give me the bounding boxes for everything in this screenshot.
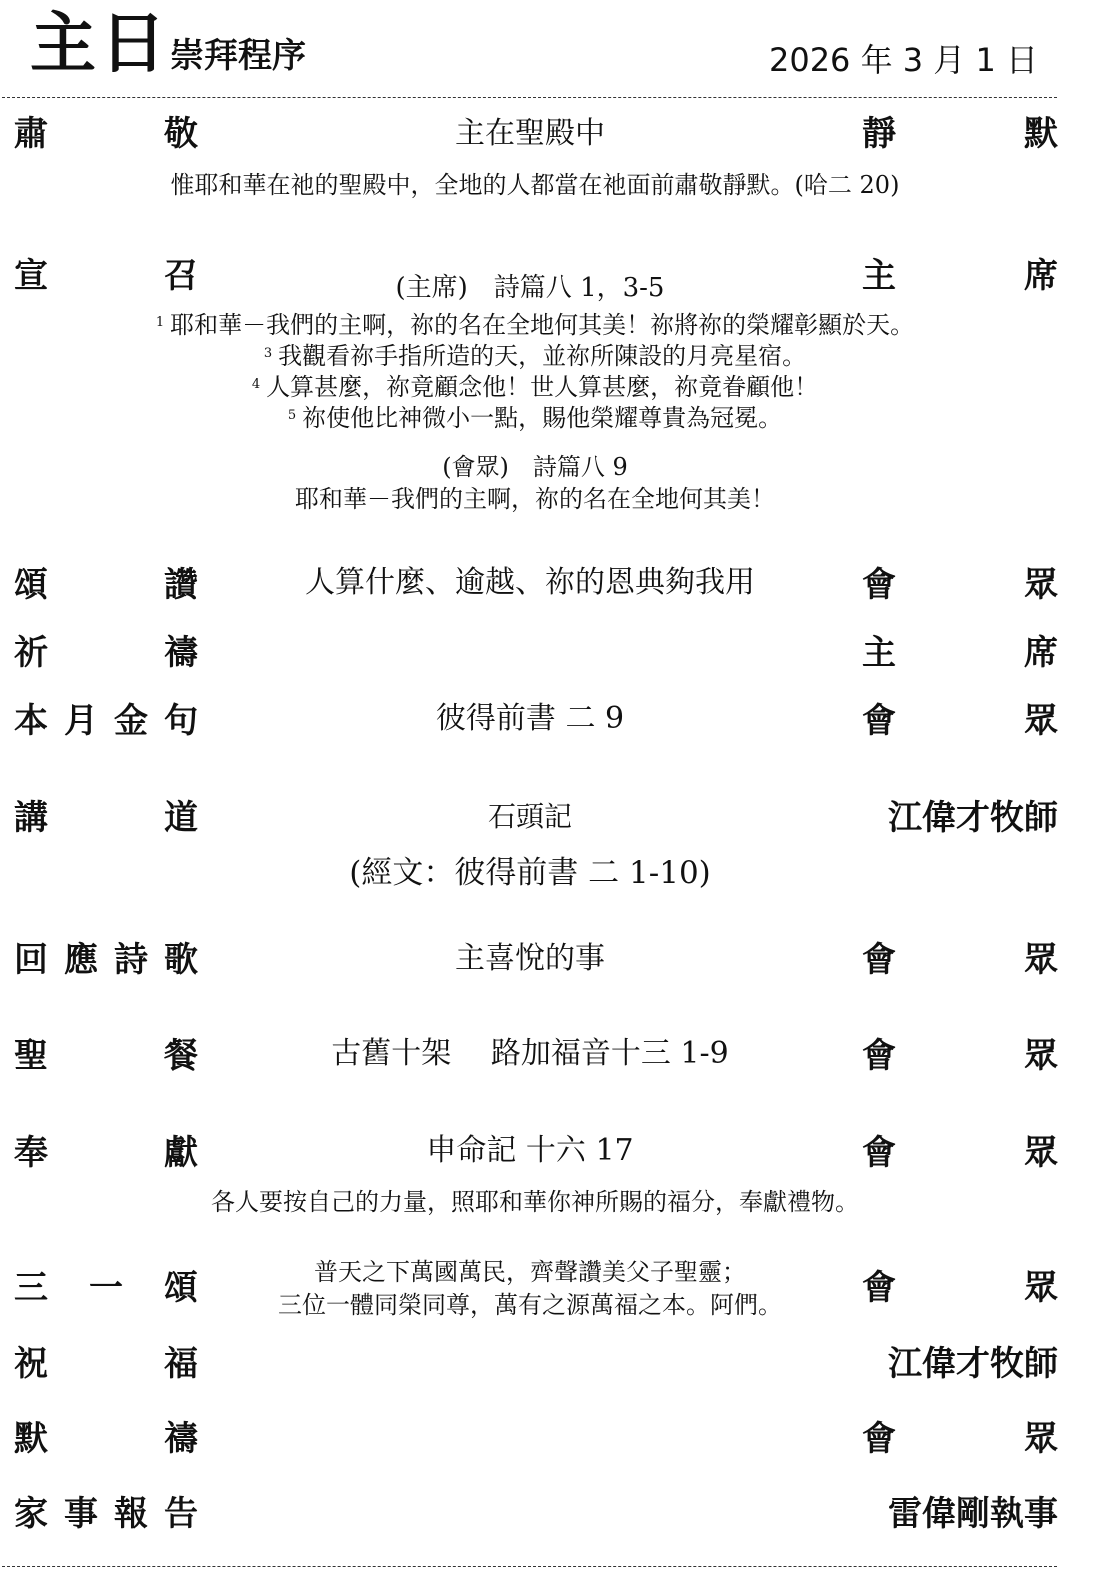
sermon-title: 石頭記 bbox=[200, 797, 860, 837]
item-label: 宣召 bbox=[14, 256, 198, 296]
item-label: 三一頌 bbox=[14, 1268, 198, 1308]
doxology-line: 普天之下萬國萬民，齊聲讚美父子聖靈； bbox=[200, 1256, 860, 1288]
verse: 5祢使他比神微小一點，賜他榮耀尊貴為冠冕。 bbox=[0, 403, 1070, 433]
verse: 1耶和華－我們的主啊，祢的名在全地何其美！祢將祢的榮耀彰顯於天。 bbox=[0, 310, 1070, 340]
sermon-scripture: (經文：彼得前書 二 1-10) bbox=[200, 853, 860, 893]
item-leader: 會眾 bbox=[862, 701, 1058, 741]
item-content: 申命記 十六 17 bbox=[200, 1131, 860, 1171]
item-leader: 江偉才牧師 bbox=[862, 1344, 1058, 1384]
item-leader: 會眾 bbox=[862, 1419, 1058, 1459]
item-label: 頌讚 bbox=[14, 565, 198, 605]
item-content: 人算什麼、逾越、祢的恩典夠我用 bbox=[200, 563, 860, 603]
item-leader: 會眾 bbox=[862, 940, 1058, 980]
item-label: 本月金句 bbox=[14, 701, 198, 741]
response-reference: (會眾) 詩篇八 9 bbox=[0, 452, 1070, 482]
bottom-divider bbox=[2, 1566, 1057, 1567]
page-title-main: 主日 bbox=[30, 6, 170, 82]
top-divider bbox=[2, 97, 1057, 98]
item-label: 祈禱 bbox=[14, 633, 198, 673]
item-content: (主席) 詩篇八 1，3-5 bbox=[200, 268, 860, 308]
item-leader: 會眾 bbox=[862, 1133, 1058, 1173]
item-leader: 雷偉剛執事 bbox=[862, 1494, 1058, 1534]
item-label: 回應詩歌 bbox=[14, 940, 198, 980]
verse: 3我觀看祢手指所造的天，並祢所陳設的月亮星宿。 bbox=[0, 341, 1070, 371]
item-leader: 主席 bbox=[862, 633, 1058, 673]
page-title-sub: 崇拜程序 bbox=[170, 36, 306, 76]
item-label: 祝福 bbox=[14, 1344, 198, 1384]
item-leader: 江偉才牧師 bbox=[862, 798, 1058, 838]
service-date: 2026 年 3 月 1 日 bbox=[769, 40, 1038, 80]
item-note: 惟耶和華在祂的聖殿中，全地的人都當在祂面前肅敬靜默。(哈二 20) bbox=[0, 170, 1070, 200]
item-content: 主喜悅的事 bbox=[200, 939, 860, 979]
response-text: 耶和華－我們的主啊，祢的名在全地何其美！ bbox=[0, 484, 1070, 514]
item-label: 默禱 bbox=[14, 1419, 198, 1459]
item-label: 講道 bbox=[14, 798, 198, 838]
item-leader: 主席 bbox=[862, 256, 1058, 296]
item-leader: 靜默 bbox=[862, 114, 1058, 154]
doxology-line: 三位一體同榮同尊，萬有之源萬福之本。阿們。 bbox=[200, 1289, 860, 1321]
item-label: 家事報告 bbox=[14, 1494, 198, 1534]
item-content: 古舊十架 路加福音十三 1-9 bbox=[200, 1034, 860, 1074]
item-label: 聖餐 bbox=[14, 1036, 198, 1076]
item-content: 彼得前書 二 9 bbox=[200, 699, 860, 739]
item-leader: 會眾 bbox=[862, 565, 1058, 605]
item-leader: 會眾 bbox=[862, 1268, 1058, 1308]
item-leader: 會眾 bbox=[862, 1036, 1058, 1076]
verse: 4人算甚麼，祢竟顧念他！世人算甚麼，祢竟眷顧他！ bbox=[0, 372, 1070, 402]
item-content: 主在聖殿中 bbox=[200, 114, 860, 154]
item-note: 各人要按自己的力量，照耶和華你神所賜的福分，奉獻禮物。 bbox=[0, 1187, 1070, 1217]
item-label: 奉獻 bbox=[14, 1133, 198, 1173]
item-label: 肅敬 bbox=[14, 114, 198, 154]
